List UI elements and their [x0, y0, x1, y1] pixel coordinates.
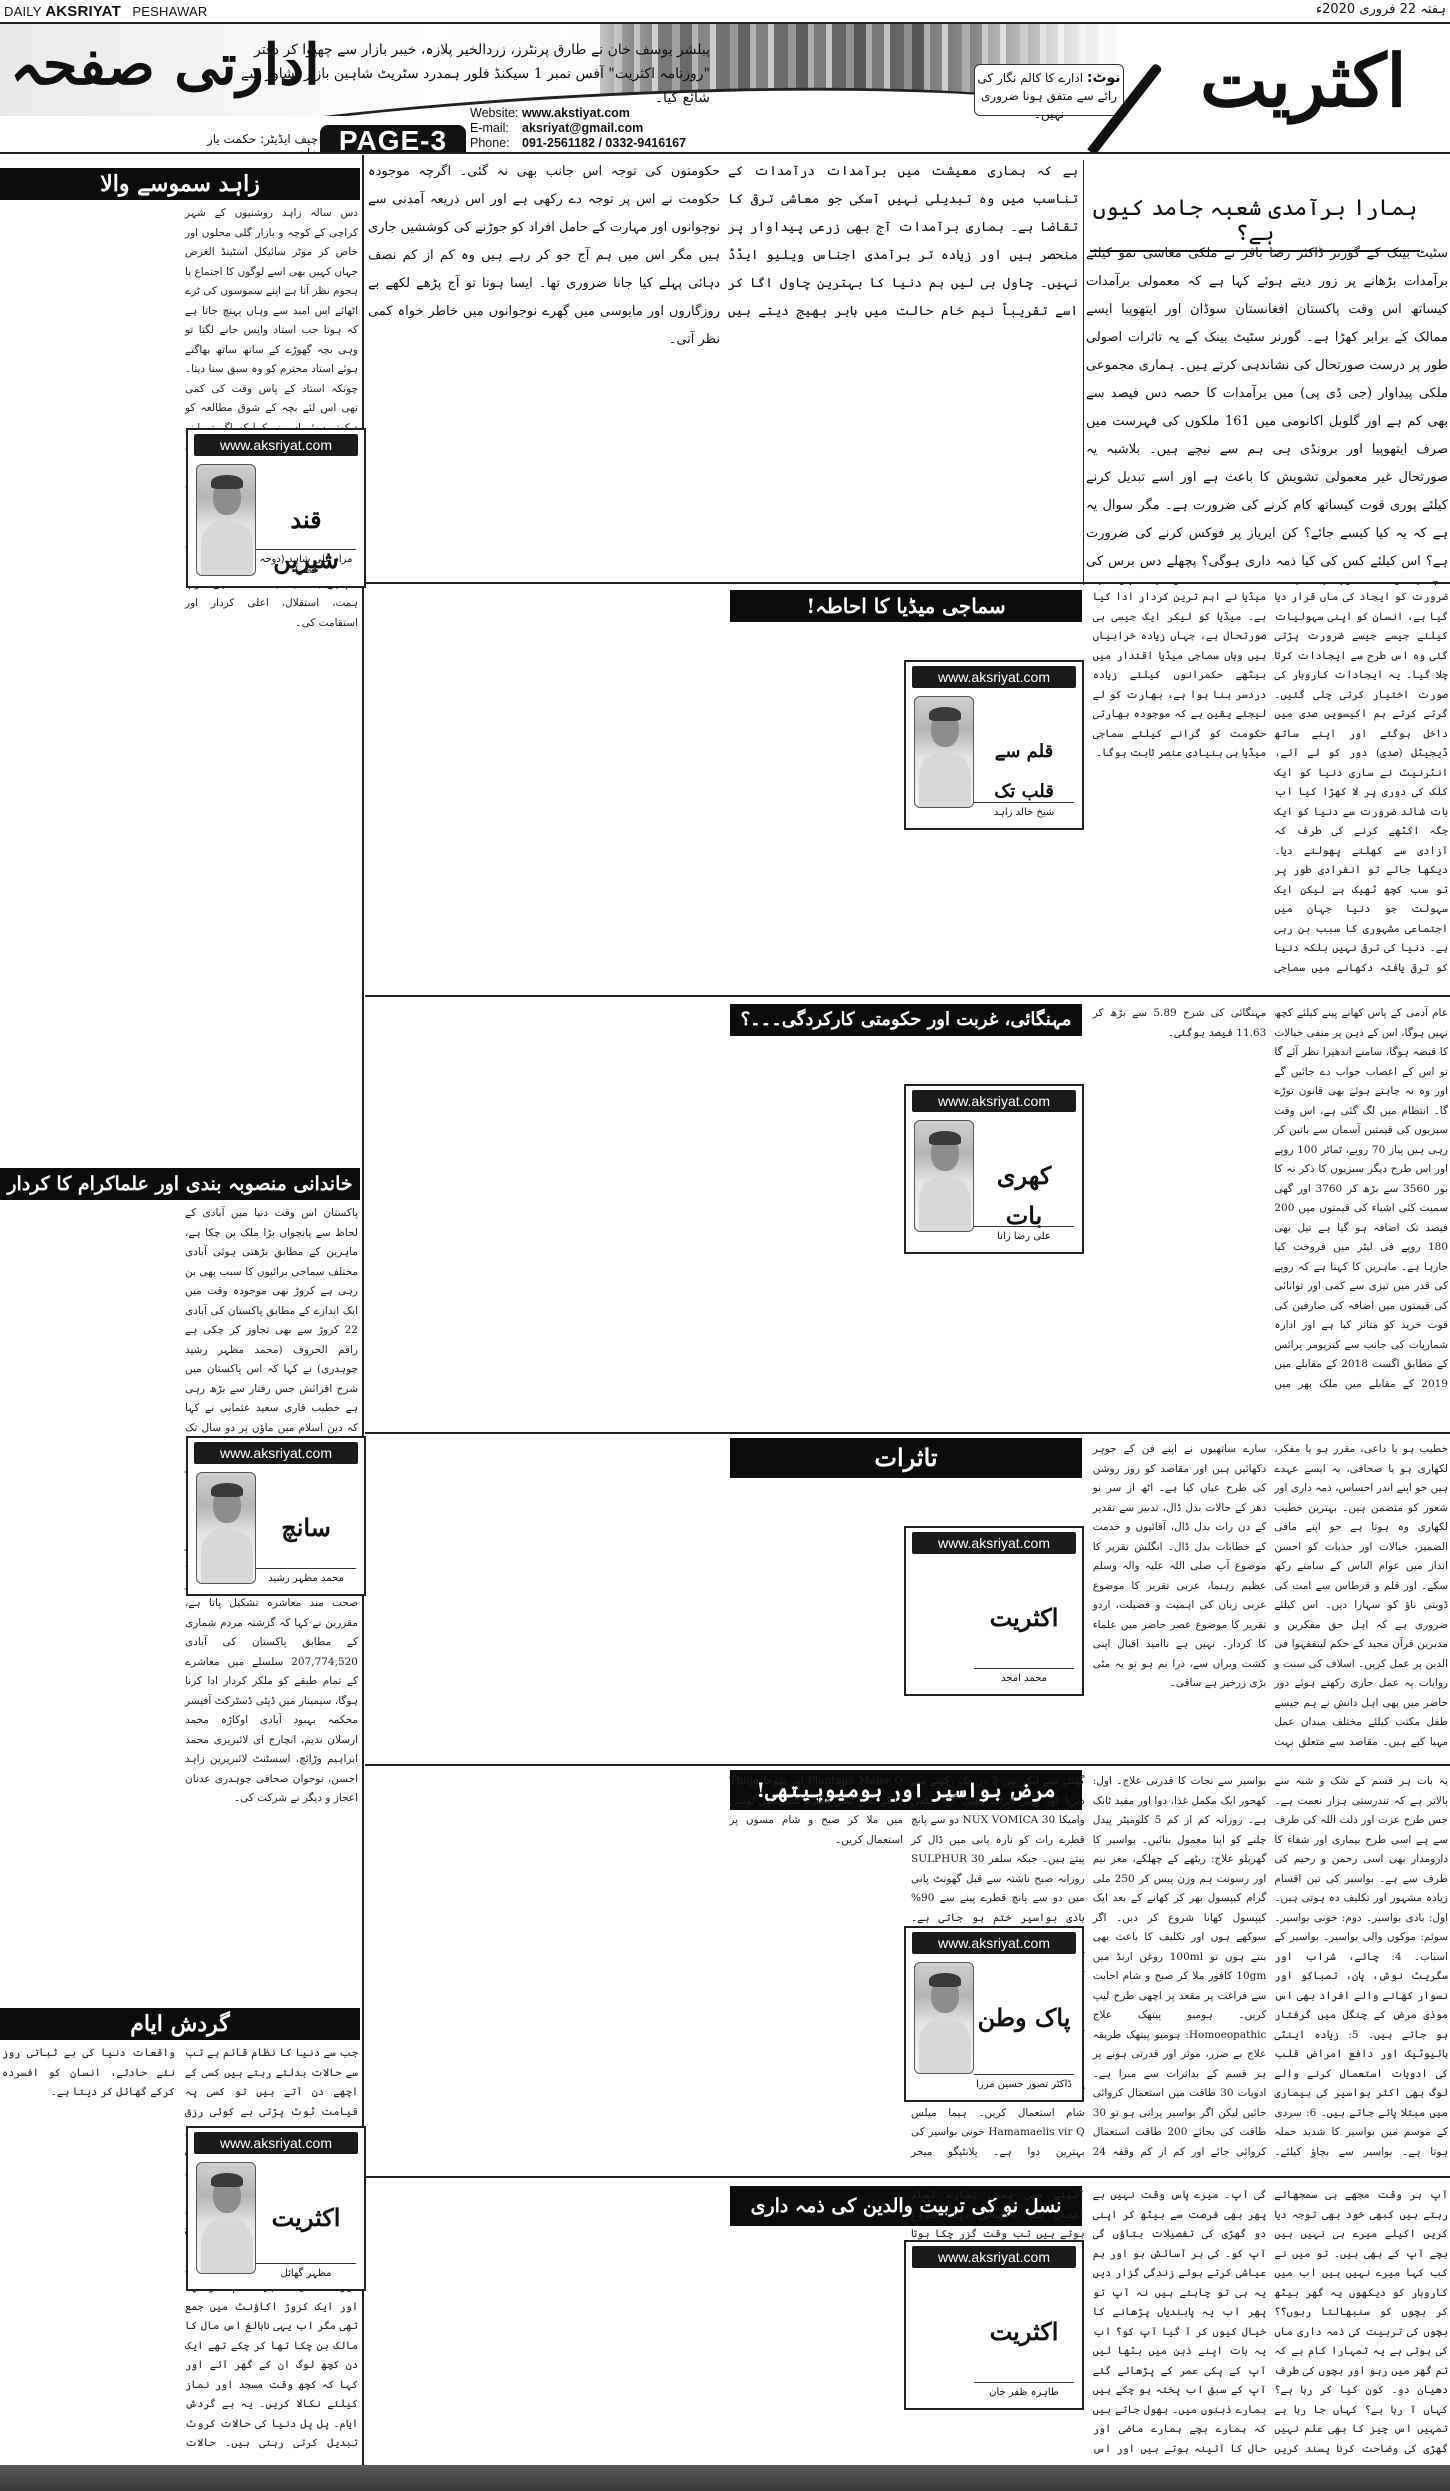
divider — [365, 995, 1450, 997]
phone-numbers: 091-2561182 / 0332-9416167 — [522, 136, 686, 150]
columnist-name: محمد امجد — [974, 1668, 1074, 1684]
aksriyat-logo-icon — [914, 2276, 974, 2388]
divider — [365, 1764, 1450, 1766]
website-url[interactable]: www.aksriyat.com — [912, 1532, 1076, 1554]
columnist-name: طاہرہ ظفر خان — [974, 2382, 1074, 2398]
footer-band — [0, 2465, 1450, 2491]
publisher-line-1: پبلشر یوسف خان نے طارق پرنٹرز، زردالخیر … — [240, 38, 710, 62]
publisher-line-2: "روزنامہ اکثریت" آفس نمبر 1 سیکنڈ فلور ہ… — [240, 62, 710, 110]
website-url[interactable]: www.aksriyat.com — [912, 666, 1076, 688]
contact-info: Website:www.akstiyat.com E-mail:aksriyat… — [470, 106, 686, 151]
column-name: اکثریت — [976, 1598, 1072, 1638]
editorial-body-right: سٹیٹ بینک کے گورنر ڈاکٹر رضا باقر نے ملک… — [1086, 240, 1448, 585]
chief-editor: چیف ایڈیٹر: حکمت یار خان — [190, 132, 318, 154]
columnist-box-qand-shireen: www.aksriyat.com قند شیریں مراد علی شاہد… — [186, 428, 366, 588]
family-planning-headline: خاندانی منصوبہ بندی اور علماکرام کا کردا… — [0, 1168, 360, 1200]
website-url[interactable]: www.aksriyat.com — [912, 1932, 1076, 1954]
paper-prefix: DAILY — [4, 4, 41, 19]
columnist-photo — [914, 1120, 974, 1232]
zahid-headline: زاہد سموسے والا — [0, 168, 360, 200]
paper-name: AKSRIYAT — [45, 3, 121, 20]
columnist-name: ڈاکٹر تصور حسین مرزا — [974, 2074, 1074, 2090]
website-url[interactable]: www.aksriyat.com — [194, 1442, 358, 1464]
issue-date: ہفتہ 22 فروری 2020ء — [1316, 2, 1446, 17]
website-url[interactable]: www.aksriyat.com — [194, 434, 358, 456]
editorial-body-left: حکومتوں کی توجہ اس جانب بھی نہ گئی۔ اگرچ… — [368, 158, 720, 418]
website-url[interactable]: www.aksriyat.com — [912, 1090, 1076, 1112]
column-name: اکثریت — [258, 2198, 354, 2238]
columnist-box-pak-watan: www.aksriyat.com پاک وطن ڈاکٹر تصور حسین… — [904, 1926, 1084, 2102]
columnist-box-taassurat: www.aksriyat.com اکثریت محمد امجد — [904, 1526, 1084, 1696]
column-name: پاک وطن — [976, 1998, 1072, 2038]
website-label: Website: — [470, 106, 522, 121]
paper-identity: DAILY AKSRIYAT PESHAWAR — [4, 3, 207, 20]
columnist-box-parenting: www.aksriyat.com اکثریت طاہرہ ظفر خان — [904, 2240, 1084, 2410]
masthead: ادارتی صفحہ پبلشر یوسف خان نے طارق پرنٹر… — [0, 22, 1450, 154]
page-number-badge: PAGE-3 — [320, 125, 466, 154]
columnist-photo — [914, 696, 974, 808]
website-url[interactable]: www.aksriyat.com — [912, 2246, 1076, 2268]
column-divider — [1083, 160, 1084, 585]
columnist-name: محمد مظہر رشید — [256, 1568, 356, 1584]
divider — [365, 2176, 1450, 2178]
columnist-box-qalam-se-qalb-tak: www.aksriyat.com قلم سے قلب تک شیخ خالد … — [904, 660, 1084, 830]
columnist-name: مظہر گھائل — [256, 2263, 356, 2279]
website-link[interactable]: www.akstiyat.com — [522, 106, 630, 120]
email-link[interactable]: aksriyat@gmail.com — [522, 121, 643, 135]
aksriyat-logo-icon — [914, 1562, 974, 1674]
column-name: قلم سے قلب تک — [976, 732, 1072, 812]
columnist-box-aksriyat: www.aksriyat.com اکثریت مظہر گھائل — [186, 2126, 366, 2291]
newspaper-logo: اکثریت — [1200, 38, 1406, 123]
gardish-ayyam-headline: گردش ایام — [0, 2008, 360, 2040]
zahid-body: دس سالہ زاہد روشنیوں کے شہر کراچی کے کوچ… — [2, 204, 358, 1154]
column-name: کھری بات — [976, 1156, 1072, 1236]
top-strip: DAILY AKSRIYAT PESHAWAR ہفتہ 22 فروری 20… — [0, 0, 1450, 22]
disclaimer-note: نوٹ: ادارے کا کالم نگار کی رائے سے متفق … — [974, 64, 1124, 116]
publisher-imprint: پبلشر یوسف خان نے طارق پرنٹرز، زردالخیر … — [240, 38, 710, 110]
column-name: اکثریت — [976, 2312, 1072, 2352]
website-url[interactable]: www.aksriyat.com — [194, 2132, 358, 2154]
columnist-photo — [196, 1472, 256, 1584]
columnist-box-khari-baat: www.aksriyat.com کھری بات علی رضا رانا — [904, 1084, 1084, 1254]
divider — [365, 582, 1450, 584]
column-name: سانچ — [258, 1508, 354, 1548]
columnist-name: شیخ خالد زاہد — [974, 802, 1074, 818]
columnist-box-saanch: www.aksriyat.com سانچ محمد مظہر رشید — [186, 1436, 366, 1596]
note-label: نوٹ: — [1087, 70, 1121, 86]
columnist-photo — [914, 1962, 974, 2074]
email-label: E-mail: — [470, 121, 522, 136]
columnist-photo — [196, 464, 256, 576]
phone-label: Phone: — [470, 136, 522, 151]
columnist-photo — [196, 2162, 256, 2274]
paper-city: PESHAWAR — [132, 4, 207, 19]
editorial-body-middle: ہے کہ ہماری معیشت میں برآمدات درآمدات کے… — [728, 158, 1078, 323]
divider — [365, 1432, 1450, 1434]
columnist-name: مراد علی شاہد (دوحہ قطر) — [256, 549, 356, 576]
columnist-name: علی رضا رانا — [974, 1226, 1074, 1242]
